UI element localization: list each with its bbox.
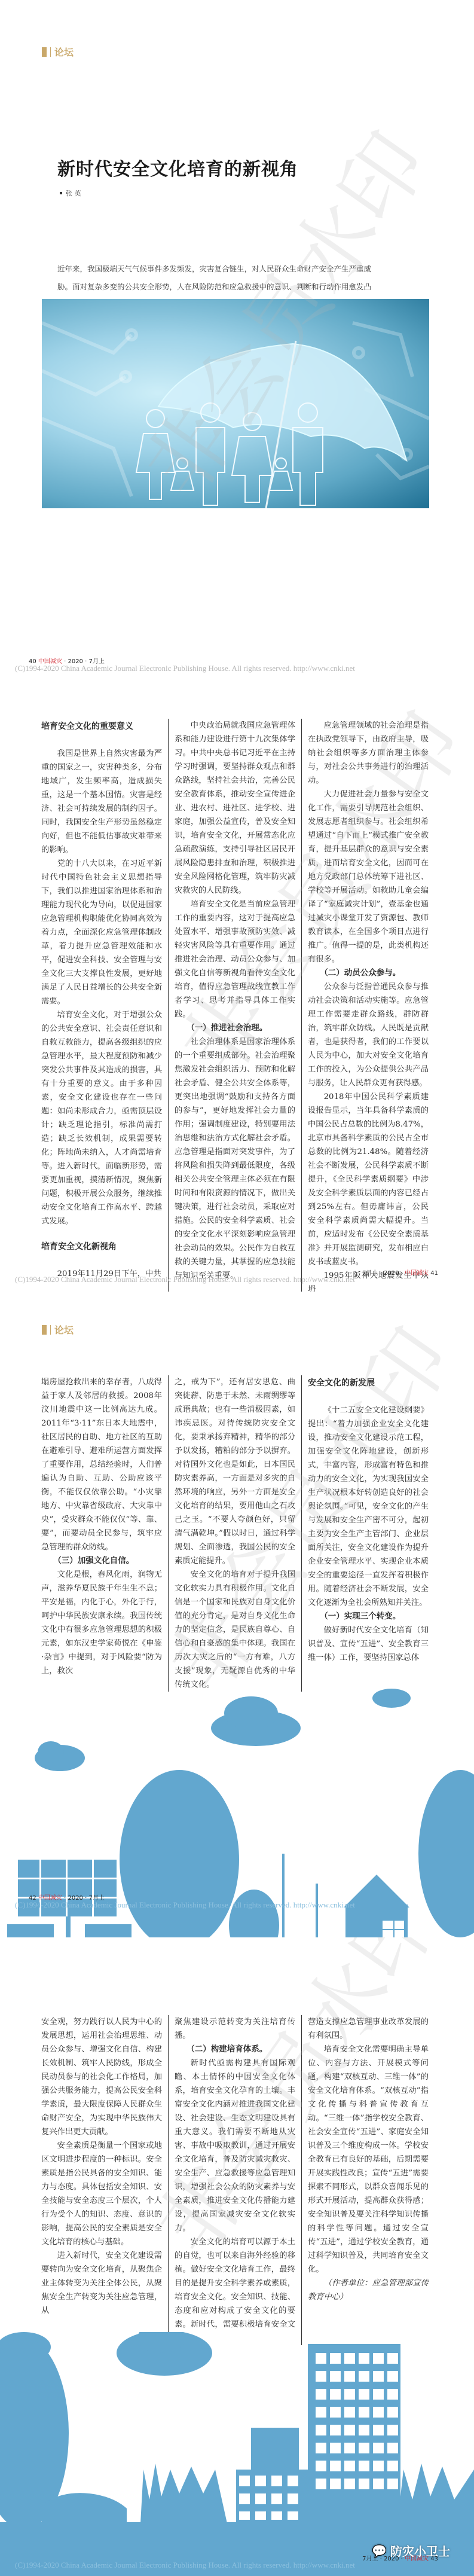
heading-significance: 培育安全文化的重要意义 (41, 720, 162, 734)
issue-date: 7月上 · 2020 · (362, 1270, 403, 1277)
text-columns: 塌房屋抢救出来的幸存者，八成得益于家人及邻居的救援。2008年汶川地震中这一比例… (41, 1375, 429, 1692)
paragraph: 2018年中国公民科学素质建设报告显示，当年具备科学素质的中国公民占总数的比例为… (308, 1090, 429, 1269)
paragraph: 培育安全文化是当前应急管理工作的重要内容，这对于提高应急处置水平、增强事故预防实… (175, 898, 295, 1021)
author-bullet-icon (60, 192, 62, 194)
paragraph: 中央政治局就我国应急管理体系和能力建设进行第十九次集体学习。中共中央总书记习近平… (175, 719, 295, 898)
wechat-account-badge: 💬 防灾小卫士 (372, 2542, 450, 2559)
column-2: 聚焦建设示范转变为关注培育传播。 （二）构建培育体系。 新时代亟需构建具有国际观… (175, 2015, 295, 2345)
column-3: 营造支撑应急管理事业改革发展的有利氛围。 培育安全文化需要明确主导单位、内容与方… (308, 2015, 429, 2345)
subheading: （一）推进社会治理。 (175, 1021, 295, 1035)
paragraph: 党的十八大以来，在习近平新时代中国特色社会主义思想指导下，我们以推进国家治理体系… (41, 857, 162, 1008)
copyright-notice: (C)1994-2020 China Academic Journal Elec… (15, 1275, 355, 1284)
page-number: 41 (430, 1270, 438, 1277)
city-scene-illustration (0, 2332, 474, 2576)
subheading: （三）加强文化自信。 (41, 1554, 162, 1568)
column-2: 中央政治局就我国应急管理体系和能力建设进行第十九次集体学习。中共中央总书记习近平… (175, 719, 295, 1292)
paragraph: 应急管理领域的社会治理是指在执政党领导下，由政府主导，吸纳社会组织等多方面治理主… (308, 719, 429, 788)
wechat-icon: 💬 (372, 2544, 387, 2558)
paragraph: 培育安全文化需要明确主导单位、内容与方法、开展模式等问题，构建“双核互动、三维一… (308, 2043, 429, 2276)
column-1: 安全观，努力践行以人民为中心的发展思想，运用社会治理思维、动员公众参与、增强文化… (41, 2015, 162, 2345)
column-divider (168, 2015, 169, 2345)
hero-image-umbrella-family (42, 299, 429, 508)
subheading: （二）动员公众参与。 (308, 966, 429, 980)
section-label: 论坛 (54, 1323, 74, 1336)
column-3: 安全文化的新发展 《十二五安全文化建设纲要》提出：“着力加强企业安全文化建设，推… (308, 1375, 429, 1692)
heading-new-perspective: 培育安全文化新视角 (41, 1240, 162, 1254)
column-divider (168, 719, 169, 1292)
tag-bar-icon (42, 47, 47, 57)
subheading: （二）构建培育体系。 (175, 2043, 295, 2056)
paragraph: 新时代亟需构建具有国际观瞻、本土情怀的中国安全文化体系，培育安全文化孕育的土壤。… (175, 2056, 295, 2235)
paragraph: 我国是世界上自然灾害最为严重的国家之一，灾害种类多，分布地域广，发生频率高，造成… (41, 747, 162, 857)
section-tag: 论坛 (42, 1323, 74, 1336)
umbrella-family-illustration (42, 299, 429, 508)
page-41: 培育安全文化的重要意义 我国是世界上自然灾害最为严重的国家之一，灾害种类多，分布… (0, 682, 474, 1292)
text-columns: 安全观，努力践行以人民为中心的发展思想，运用社会治理思维、动员公众参与、增强文化… (41, 2015, 429, 2345)
paragraph: 培育安全文化，对于增强公众的公共安全意识、社会责任意识和自救互救能力，提高各级组… (41, 1008, 162, 1228)
heading-new-development: 安全文化的新发展 (308, 1376, 429, 1390)
column-divider (168, 1375, 169, 1692)
subheading: （一）实现三个转变。 (308, 1610, 429, 1623)
column-divider (301, 1375, 302, 1692)
paragraph: 文化是根，春风化雨，润物无声，滋养华夏民族千年生生不息；平安是福，内化于心，外化… (41, 1568, 162, 1678)
tag-bar-icon (42, 1325, 47, 1335)
article-title: 新时代安全文化培育的新视角 (57, 154, 298, 181)
paragraph: 做好新时代安全文化培育（知识普及、宣传“五进”、安全教育三维一体）工作，要坚持国… (308, 1623, 429, 1665)
paragraph: 社会治理体系是国家治理体系的一个重要组成部分。社会治理聚焦激发社会组织活力、预防… (175, 1035, 295, 1283)
section-label: 论坛 (54, 45, 74, 59)
paragraph: 公众参与泛指普通民众参与推动社会决策和活动实施等。应急管理工作需要走群众路线，群… (308, 980, 429, 1090)
paragraph: 安全素质是衡量一个国家或地区文明进步程度的一种标识。安全素质是指公民具备的安全知… (41, 2139, 162, 2249)
paragraph: 营造支撑应急管理事业改革发展的有利氛围。 (308, 2015, 429, 2043)
copyright-notice: (C)1994-2020 China Academic Journal Elec… (15, 664, 355, 673)
section-tag: 论坛 (42, 45, 74, 59)
paragraph: 《十二五安全文化建设纲要》提出：“着力加强企业安全文化建设，推动安全文化建设示范… (308, 1403, 429, 1610)
paragraph: 进入新时代，安全文化建设需要转向为安全文化培育，从聚焦企业主体转变为关注全体公民… (41, 2249, 162, 2318)
column-divider (301, 2015, 302, 2345)
author-affiliation: （作者单位：应急管理部宣传教育中心） (308, 2276, 429, 2304)
column-3: 应急管理领域的社会治理是指在执政党领导下，由政府主导，吸纳社会组织等多方面治理主… (308, 719, 429, 1292)
tag-divider (50, 1325, 51, 1335)
paragraph: 安全观，努力践行以人民为中心的发展思想，运用社会治理思维、动员公众参与、增强文化… (41, 2015, 162, 2139)
wechat-account-name: 防灾小卫士 (390, 2542, 450, 2559)
author-name: 张 英 (66, 188, 81, 198)
column-1: 塌房屋抢救出来的幸存者，八成得益于家人及邻居的救援。2008年汶川地震中这一比例… (41, 1375, 162, 1692)
paragraph: 大力促进社会力量参与安全文化工作，需要引导规范社会组织、发展志愿者组织参与。社会… (308, 788, 429, 966)
column-1: 培育安全文化的重要意义 我国是世界上自然灾害最为严重的国家之一，灾害种类多，分布… (41, 719, 162, 1292)
paragraph: 之，戒为下”，还有居安思危、曲突徙薪、防患于未然、未雨绸缪等成语典故；也有一些消… (175, 1375, 295, 1568)
footer-page-info: 7月上 · 2020 · 中国减灾 41 (362, 1268, 438, 1277)
magazine-name: 中国减灾 (405, 1270, 429, 1277)
paragraph: 塌房屋抢救出来的幸存者，八成得益于家人及邻居的救援。2008年汶川地震中这一比例… (41, 1375, 162, 1554)
column-2: 之，戒为下”，还有居安思危、曲突徙薪、防患于未然、未雨绸缪等成语典故；也有一些消… (175, 1375, 295, 1692)
column-divider (301, 719, 302, 1292)
tag-divider (50, 47, 51, 57)
text-columns: 培育安全文化的重要意义 我国是世界上自然灾害最为严重的国家之一，灾害种类多，分布… (41, 719, 429, 1292)
paragraph: 安全文化的培育可以源于本土的自觉，也可以来自海外经验的移植。做好安全文化培育工作… (175, 2235, 295, 2345)
page-43: 安全观，努力践行以人民为中心的发展思想，运用社会治理思维、动员公众参与、增强文化… (0, 1937, 474, 2576)
copyright-notice: (C)1994-2020 China Academic Journal Elec… (15, 2560, 355, 2570)
copyright-notice: (C)1994-2020 China Academic Journal Elec… (15, 1900, 355, 1910)
paragraph: 聚焦建设示范转变为关注培育传播。 (175, 2015, 295, 2043)
author: 张 英 (60, 188, 81, 198)
page-40: 论坛 新时代安全文化培育的新视角 张 英 近年来，我国极端天气气候事件多发频发，… (0, 0, 474, 682)
page-42: 论坛 塌房屋抢救出来的幸存者，八成得益于家人及邻居的救援。2008年汶川地震中这… (0, 1292, 474, 1937)
